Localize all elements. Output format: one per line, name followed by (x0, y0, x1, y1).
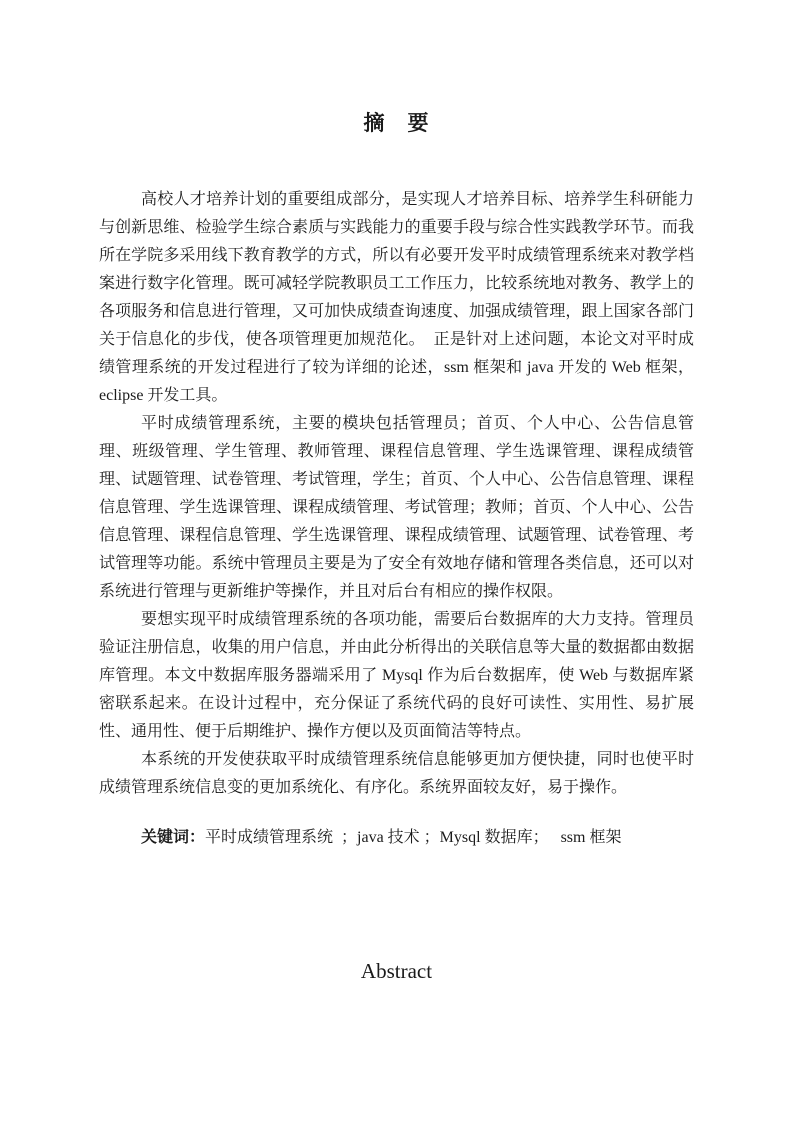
page-title: 摘 要 (99, 108, 694, 138)
abstract-paragraph-4: 本系统的开发使获取平时成绩管理系统信息能够更加方便快捷，同时也使平时成绩管理系统… (99, 746, 694, 802)
keywords-text: 平时成绩管理系统 ；java 技术 ；Mysql 数据库； ssm 框架 (205, 829, 621, 846)
document-page: 摘 要 高校人才培养计划的重要组成部分，是实现人才培养目标、培养学生科研能力与创… (0, 0, 793, 1122)
abstract-paragraph-3: 要想实现平时成绩管理系统的各项功能，需要后台数据库的大力支持。管理员验证注册信息… (99, 606, 694, 746)
abstract-body: 高校人才培养计划的重要组成部分，是实现人才培养目标、培养学生科研能力与创新思维、… (99, 186, 694, 802)
keywords-line: 关键词：平时成绩管理系统 ；java 技术 ；Mysql 数据库； ssm 框架 (99, 824, 694, 852)
keywords-label: 关键词： (141, 829, 205, 846)
abstract-en-heading: Abstract (99, 956, 694, 986)
abstract-paragraph-2: 平时成绩管理系统，主要的模块包括管理员；首页、个人中心、公告信息管理、班级管理、… (99, 410, 694, 606)
abstract-paragraph-1: 高校人才培养计划的重要组成部分，是实现人才培养目标、培养学生科研能力与创新思维、… (99, 186, 694, 410)
